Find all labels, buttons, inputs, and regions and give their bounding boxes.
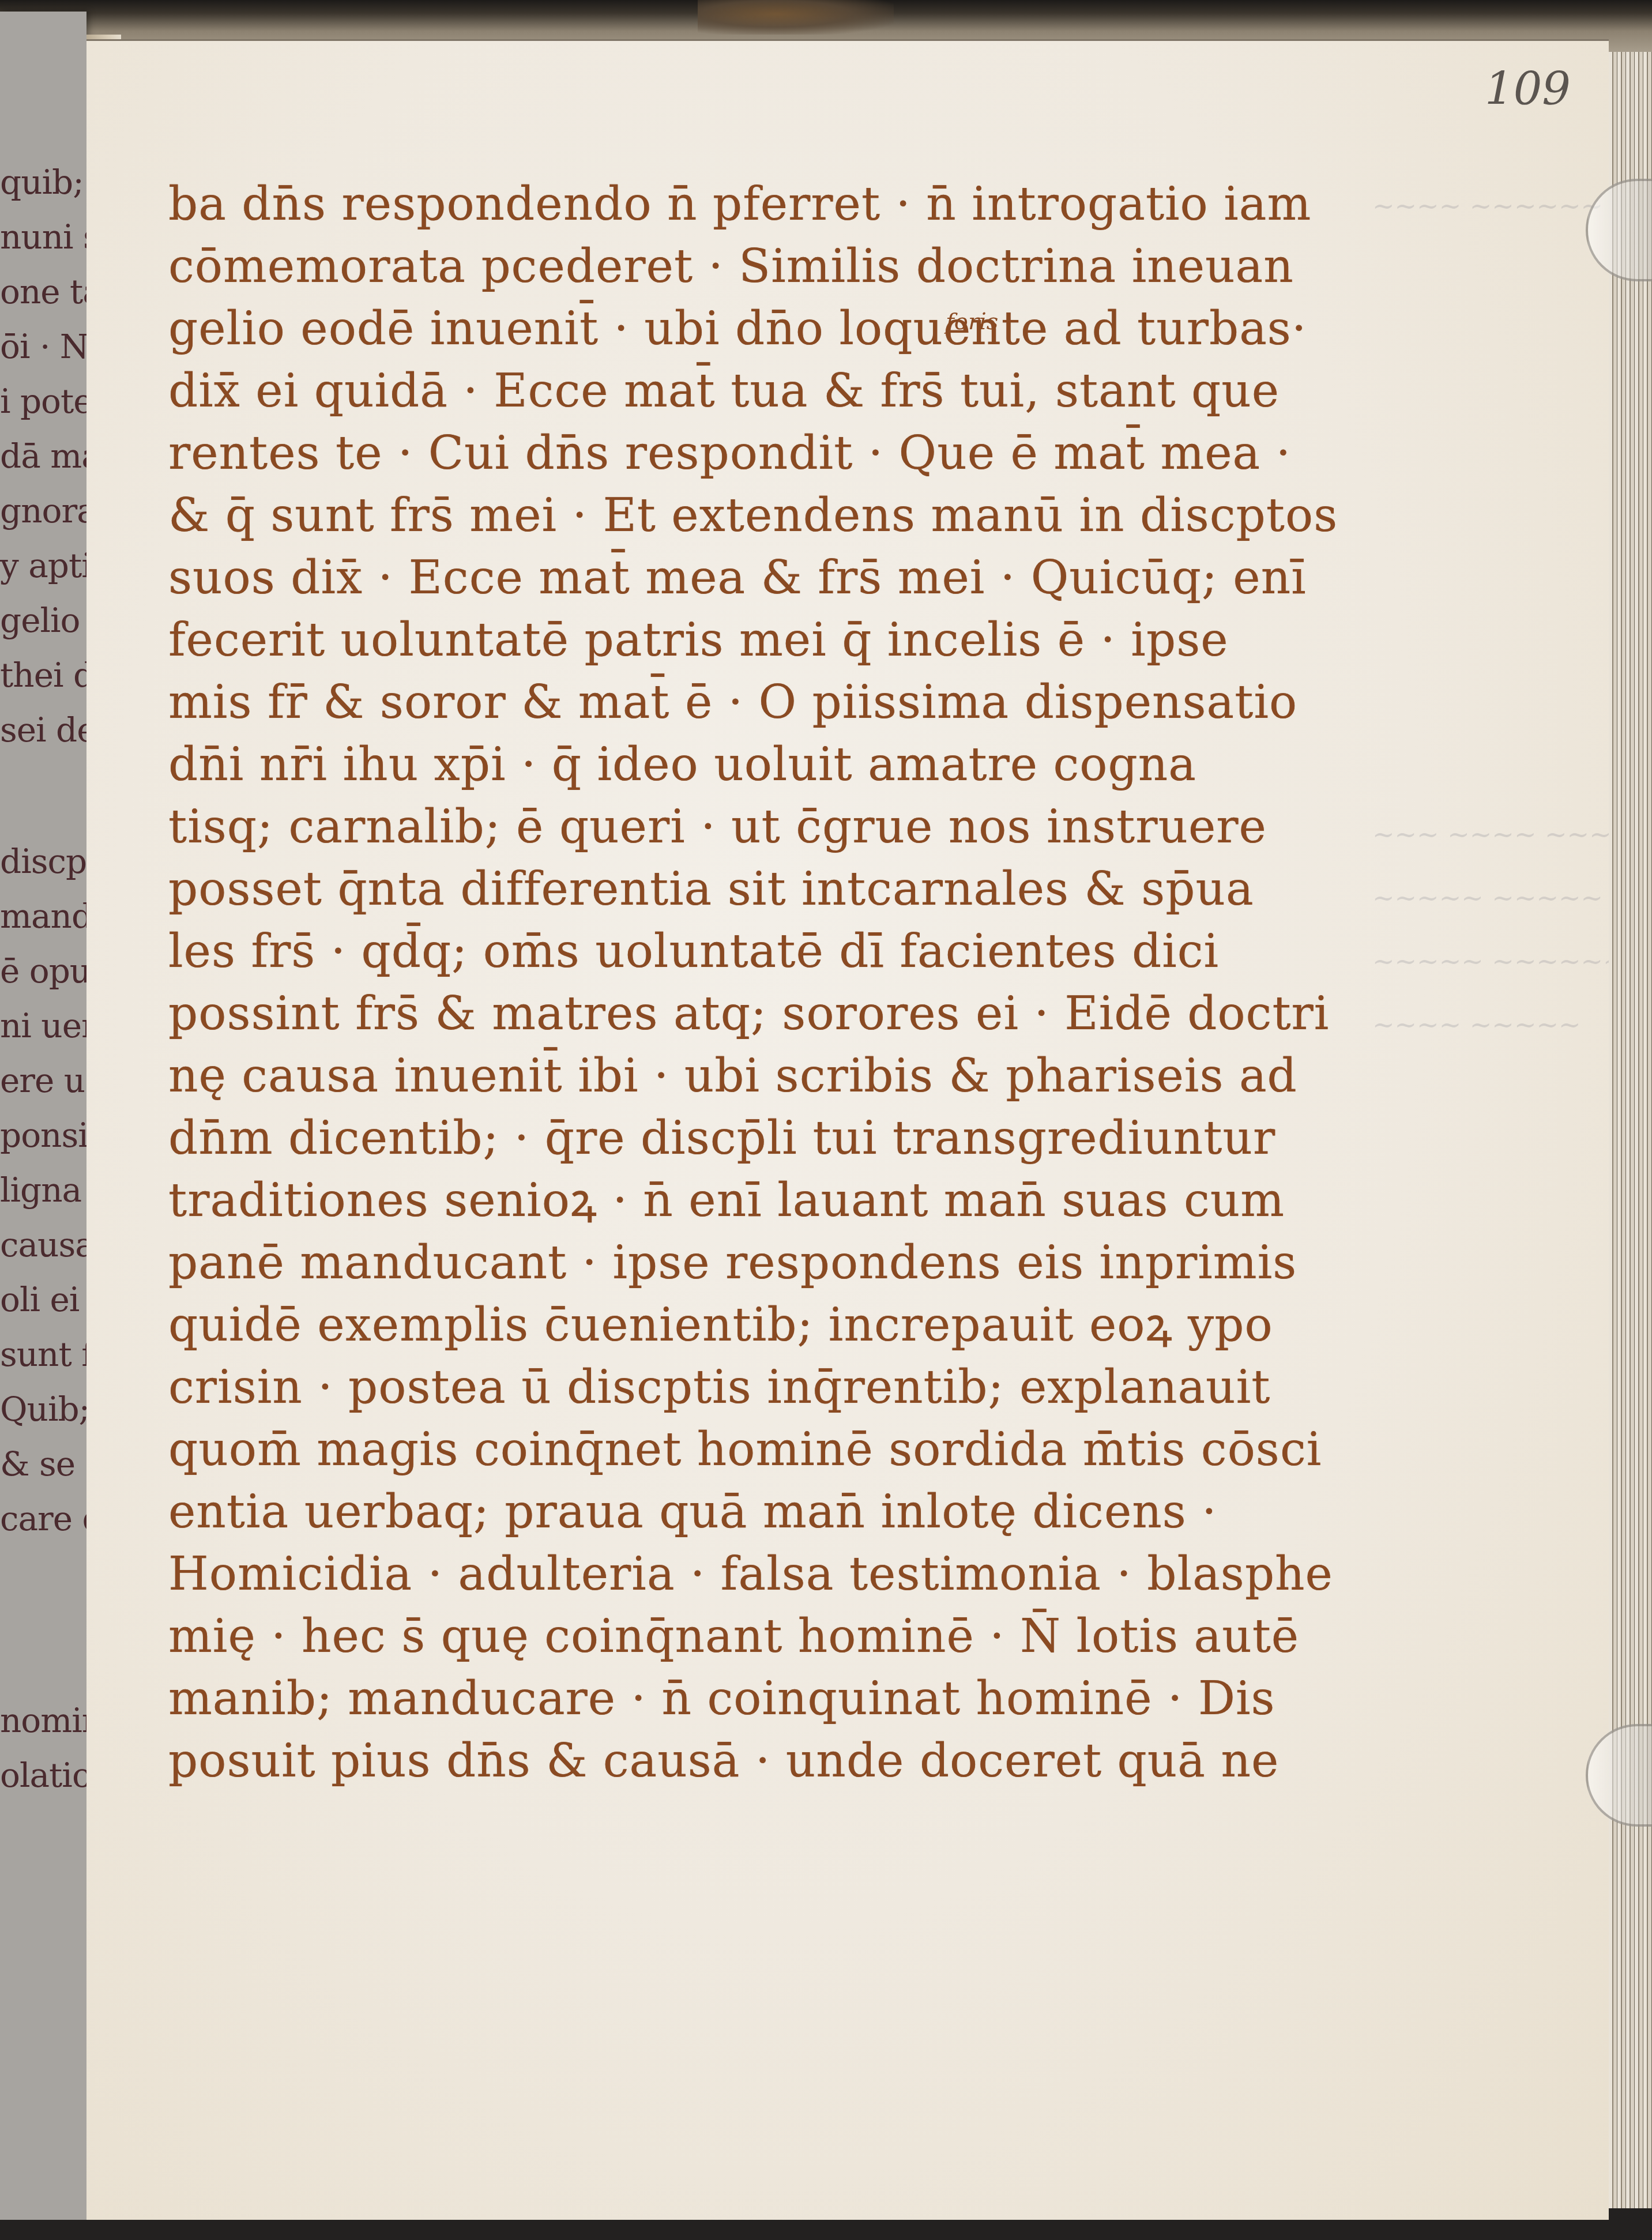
folio-number: 109: [1485, 63, 1571, 115]
facing-line: sunt filii: [0, 1335, 86, 1374]
facing-line: oli ei n̄: [0, 1280, 86, 1319]
text-line: suos dix̄ · Ecce mat̄ mea & frs̄ mei · Q…: [168, 547, 1264, 609]
facing-line: y apti: [0, 546, 86, 585]
show-through-text: ~~~ ~~~~ ~~~~: [1372, 819, 1634, 850]
text-line: mis fr̄ & soror & mat̄ ē · O piissima di…: [168, 671, 1264, 733]
facing-line: care dign: [0, 1499, 86, 1538]
facing-line: dā mal: [0, 436, 86, 476]
facing-line: thei dom: [0, 656, 86, 695]
page-edges: [1609, 52, 1652, 2208]
text-line: cōmemorata pcederet · Similis doctrina i…: [168, 235, 1264, 298]
facing-page-fragment: quib; ca nuni sal one tal ōi · Nisi e i …: [0, 12, 86, 2240]
text-line: ba dn̄s respondendo n̄ pferret · n̄ intr…: [168, 173, 1264, 235]
facing-line: causa m: [0, 1225, 86, 1264]
text-line: manib; manducare · n̄ coinquinat hominē …: [168, 1667, 1264, 1730]
facing-line: sei de ta: [0, 710, 86, 750]
text-line: entia uerbaq; praua quā man̄ inlotę dice…: [168, 1481, 1264, 1543]
text-line: crisin · postea ū discptis inq̄rentib; e…: [168, 1356, 1264, 1418]
text-line: Homicidia · adulteria · falsa testimonia…: [168, 1543, 1264, 1605]
text-line: & q̄ sunt frs̄ mei · Et extendens manū i…: [168, 484, 1264, 547]
background-surface: [0, 2220, 1652, 2240]
facing-line: ere ualt: [0, 1061, 86, 1100]
facing-line: ōi · Nisi e: [0, 327, 86, 366]
text-line: les frs̄ · qd̄q; om̄s uoluntatē dī facie…: [168, 920, 1264, 982]
facing-line: discptos: [0, 842, 86, 881]
text-line: dn̄i nr̄i ihu xp̄i · q̄ ideo uoluit amat…: [168, 733, 1264, 796]
facing-line: ponsio a: [0, 1116, 86, 1155]
facing-line: one tal: [0, 272, 86, 311]
text-line: possint frs̄ & matres atq; sorores ei · …: [168, 982, 1264, 1045]
binding-stain: [698, 0, 894, 35]
text-line: posuit pius dn̄s & causā · unde doceret …: [168, 1730, 1264, 1792]
text-line: posset q̄nta differentia sit intcarnales…: [168, 858, 1264, 920]
facing-line: quib; ca: [0, 163, 86, 202]
facing-line: Quib; ue: [0, 1390, 86, 1429]
facing-line: nuni sal: [0, 217, 86, 257]
facing-line: ni ueni: [0, 1006, 86, 1045]
text-line: dix̄ ei quidā · Ecce mat̄ tua & frs̄ tui…: [168, 360, 1264, 422]
show-through-text: ~~~~~ ~~~~~: [1372, 882, 1603, 913]
facing-line: & se spons: [0, 1444, 86, 1484]
text-line: mię · hec s̄ quę coinq̄nant hominē · N̄ …: [168, 1605, 1264, 1667]
text-line: quom̄ magis coinq̄net hominē sordida m̄t…: [168, 1418, 1264, 1481]
text-line: rentes te · Cui dn̄s respondit · Que ē m…: [168, 422, 1264, 484]
show-through-text: ~~~~ ~~~~~: [1372, 1009, 1581, 1040]
text-line: panē manducant · ipse respondens eis inp…: [168, 1232, 1264, 1294]
facing-line: ligna ph: [0, 1170, 86, 1210]
text-line: nę causa inuenit̄ ibi · ubi scribis & ph…: [168, 1045, 1264, 1107]
text-line: dn̄m dicentib; · q̄re discp̄li tui trans…: [168, 1107, 1264, 1169]
facing-line: olationis: [0, 1756, 86, 1795]
text-line: traditiones senioꝝ · n̄ enī lauant man̄ …: [168, 1169, 1264, 1232]
facing-line: gelio na: [0, 601, 86, 640]
facing-line: manduca: [0, 897, 86, 936]
facing-line: ē opus: [0, 951, 86, 991]
facing-line: i poteran: [0, 382, 86, 421]
show-through-text: ~~~~~ ~~~~~~: [1372, 946, 1625, 977]
text-line: fecerit uoluntatē patris mei q̄ incelis …: [168, 609, 1264, 671]
facing-line: gnoran: [0, 491, 86, 530]
text-line: gelio eodē inuenit̄ · ubi dn̄o loquente …: [168, 298, 1264, 360]
facing-line: nomine: [0, 1701, 86, 1740]
text-line: tisq; carnalib; ē queri · ut c̄grue nos …: [168, 796, 1264, 858]
main-text-block: ba dn̄s respondendo n̄ pferret · n̄ intr…: [168, 173, 1264, 1792]
show-through-text: ~~~~ ~~~~~~: [1372, 190, 1603, 221]
text-line: quidē exemplis c̄uenientib; increpauit e…: [168, 1294, 1264, 1356]
